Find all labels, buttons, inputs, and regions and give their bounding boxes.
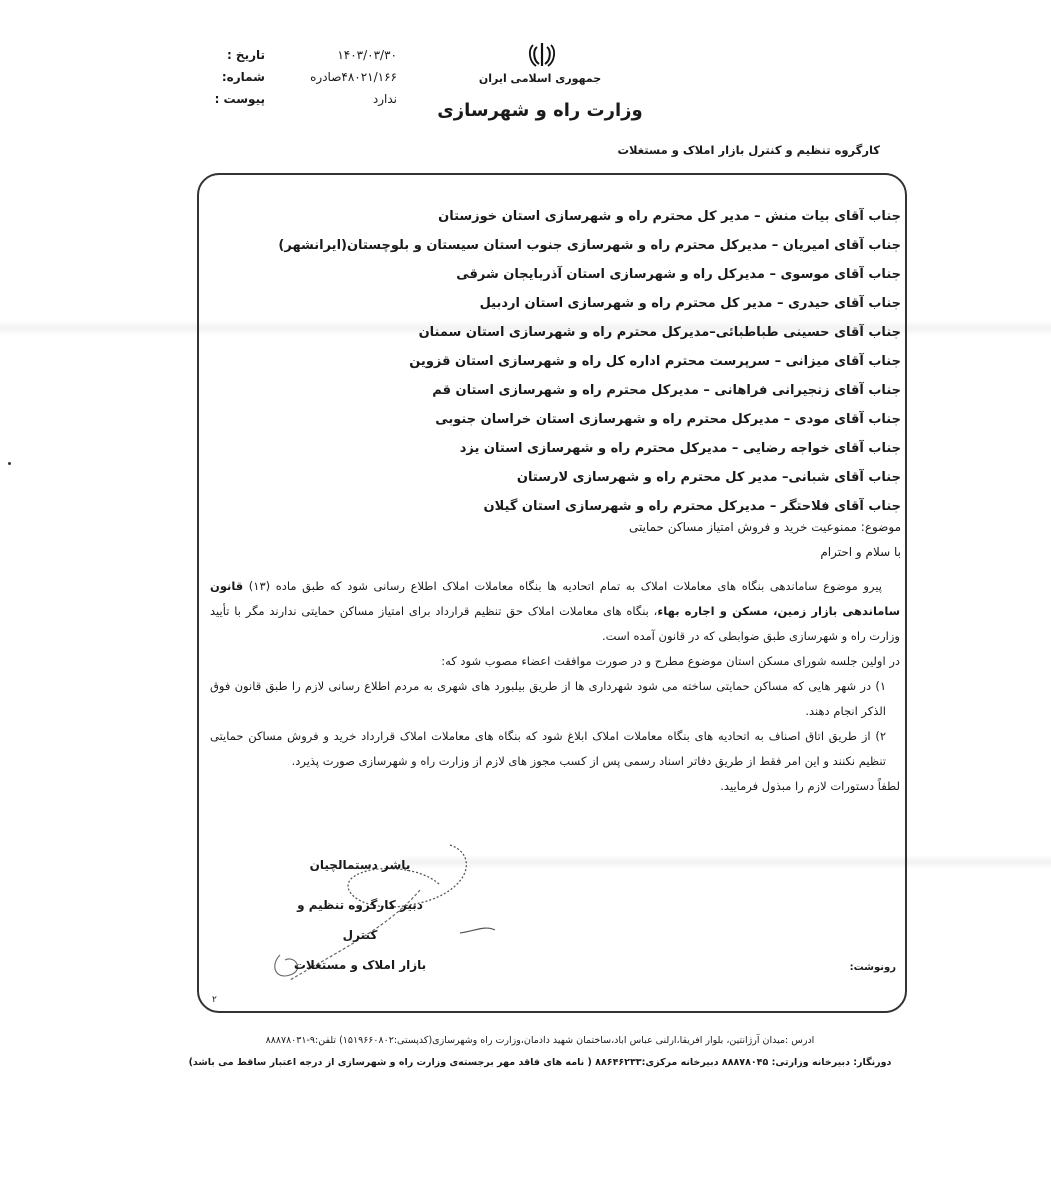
signer-title-2: بازار املاک و مستغلات [285,950,435,980]
recipient-item: جناب آقای حسینی طباطبائی–مدیرکل محترم را… [281,318,901,347]
cc-label: رونوشت: [850,962,896,973]
signature-block: یاشر دستمالچیان دبیر کارگروه تنظیم و کنت… [285,850,435,980]
attachment-row: پیوست : ندارد [195,92,405,106]
letter-body: پیرو موضوع ساماندهی بنگاه های معاملات ام… [210,574,900,799]
signer-title-1: دبیر کارگروه تنظیم و کنترل [285,890,435,950]
recipient-item: جناب آقای زنجیرانی فراهانی – مدیرکل محتر… [281,376,901,405]
recipient-item: جناب آقای فلاحتگر – مدیرکل محترم راه و ش… [281,492,901,521]
paragraph-1-start: پیرو موضوع ساماندهی بنگاه های معاملات ام… [243,579,882,593]
recipient-item: جناب آقای شبانی– مدیر کل محترم راه و شهر… [281,463,901,492]
number-row: شماره: ۴۸۰۲۱/۱۶۶صادره [195,70,405,84]
date-label: تاریخ : [195,48,265,62]
letter-footer: ادرس :میدان آرژانتین، بلوار افریقا،ارلنی… [160,1030,920,1074]
scan-speck [8,462,11,465]
closing-line: لطفاً دستورات لازم را مبذول فرمایید. [210,774,900,799]
number-value: ۴۸۰۲۱/۱۶۶صادره [265,70,405,84]
list-item-1: ۱) در شهر هایی که مساکن حمایتی ساخته می … [210,674,900,724]
list-item-2: ۲) از طریق اتاق اصناف به اتحادیه های بنگ… [210,724,900,774]
workgroup-title: کارگروه تنظیم و کنترل بازار املاک و مستغ… [560,143,880,157]
subject-line: موضوع: ممنوعیت خرید و فروش امتیاز مساکن … [301,520,901,534]
recipient-item: جناب آقای بیات منش – مدیر کل محترم راه و… [281,202,901,231]
ministry-title: وزارت راه و شهرسازی [430,100,650,121]
recipient-item: جناب آقای مودی – مدیرکل محترم راه و شهرس… [281,405,901,434]
signer-name: یاشر دستمالچیان [285,850,435,880]
attachment-label: پیوست : [195,92,265,106]
paragraph-1: پیرو موضوع ساماندهی بنگاه های معاملات ام… [210,574,900,649]
footer-fax: دورنگار: دبیرخانه وزارتی: ۸۸۸۷۸۰۴۵ دبیرخ… [160,1052,920,1074]
recipient-item: جناب آقای حیدری – مدیر کل محترم راه و شه… [281,289,901,318]
number-label: شماره: [195,70,265,84]
paragraph-2: در اولین جلسه شورای مسکن استان موضوع مطر… [210,649,900,674]
recipient-item: جناب آقای خواجه رضایی – مدیرکل محترم راه… [281,434,901,463]
recipient-list: جناب آقای بیات منش – مدیر کل محترم راه و… [281,202,901,521]
attachment-value: ندارد [265,92,405,106]
footer-address: ادرس :میدان آرژانتین، بلوار افریقا،ارلنی… [160,1030,920,1052]
greeting: با سلام و احترام [301,545,901,559]
letter-meta: تاریخ : ۱۴۰۳/۰۳/۳۰ شماره: ۴۸۰۲۱/۱۶۶صادره… [195,48,405,114]
republic-title: جمهوری اسلامی ایران [470,72,610,85]
recipient-item: جناب آقای موسوی – مدیرکل راه و شهرسازی ا… [281,260,901,289]
page-number: ۲ [212,995,217,1005]
iran-emblem-icon [527,40,557,70]
recipient-item: جناب آقای میزانی – سرپرست محترم اداره کل… [281,347,901,376]
date-value: ۱۴۰۳/۰۳/۳۰ [265,48,405,62]
date-row: تاریخ : ۱۴۰۳/۰۳/۳۰ [195,48,405,62]
recipient-item: جناب آقای امیریان – مدیرکل محترم راه و ش… [281,231,901,260]
